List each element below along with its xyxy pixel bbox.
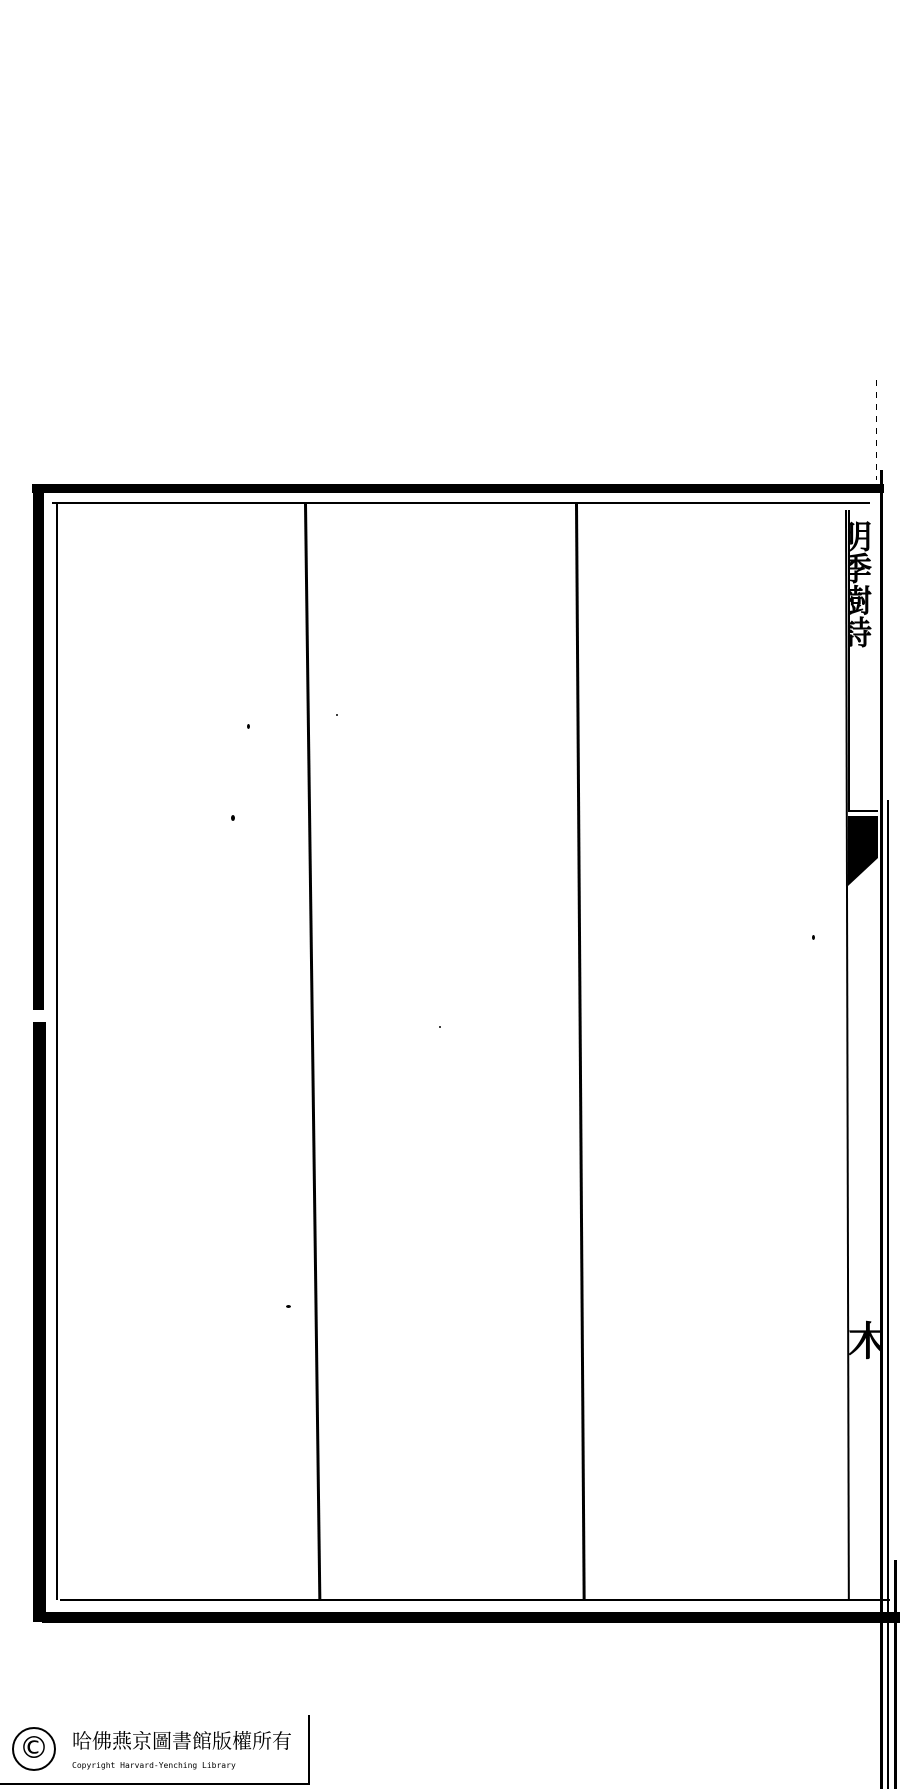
page-fold-line (894, 1560, 897, 1789)
ink-speck (336, 714, 338, 716)
frame-left-border-upper (33, 484, 44, 1010)
ink-speck (439, 1026, 441, 1028)
frame-bottom-inner-line (60, 1599, 890, 1601)
page-edge-dashes (876, 380, 877, 480)
ink-speck (247, 724, 250, 729)
fishtail-mark (848, 816, 878, 886)
column-divider (575, 504, 586, 1600)
page-fold-line (880, 470, 883, 1789)
frame-top-border (32, 484, 884, 493)
ink-speck (286, 1305, 291, 1308)
column-divider (304, 504, 321, 1600)
ink-speck (812, 935, 815, 940)
page-fold-line (887, 800, 889, 1789)
ink-speck (231, 815, 235, 821)
margin-title-text: 明季樹詩 (848, 520, 878, 810)
frame-left-inner-line (56, 504, 58, 1600)
copyright-icon: © (12, 1727, 56, 1771)
frame-bottom-border (42, 1612, 900, 1623)
frame-top-inner-line (52, 502, 870, 504)
copyright-chinese-text: 哈佛燕京圖書館版權所有 (72, 1725, 292, 1754)
copyright-notice: © 哈佛燕京圖書館版權所有 Copyright Harvard-Yenching… (0, 1715, 310, 1785)
partial-character: 木 (848, 1310, 882, 1367)
frame-left-border-lower (33, 1022, 46, 1622)
copyright-english-text: Copyright Harvard-Yenching Library (72, 1761, 236, 1770)
